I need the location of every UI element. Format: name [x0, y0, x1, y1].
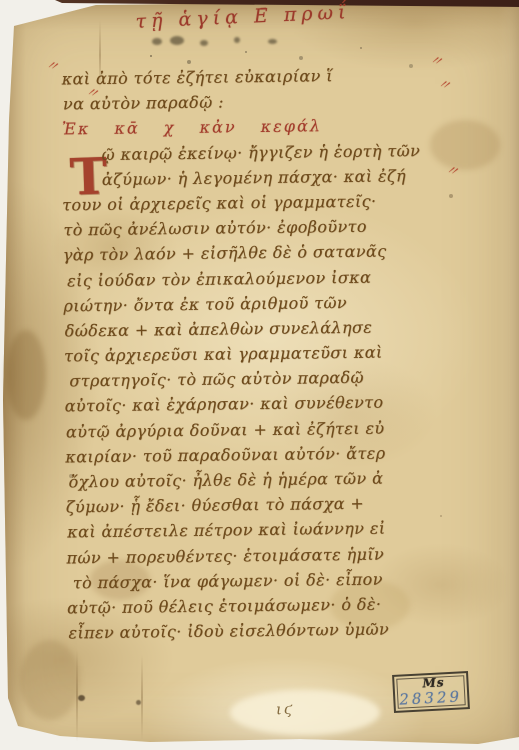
crease-line: [76, 650, 78, 742]
stain: [6, 330, 46, 420]
stamp-number: 28329: [399, 687, 468, 709]
stain: [20, 640, 80, 720]
ink-spot: [78, 695, 85, 701]
speckles: [150, 55, 152, 57]
ink-smudge: [148, 34, 298, 48]
text-line: εἶπεν αὐτοῖς· ἰδοὺ εἰσελθόντων ὑμῶν: [68, 616, 463, 646]
crease-line: [141, 655, 143, 740]
text-line: ἀζύμων· ἡ λεγομένη πάσχα· καὶ ἐζή: [102, 162, 458, 192]
text-block: καὶ ἀπὸ τότε ἐζήτει εὐκαιρίαν ἵ να αὐτὸν…: [60, 62, 463, 646]
library-stamp: Ms 28329: [392, 671, 470, 713]
folio-number: ιϛ: [276, 700, 295, 719]
manuscript-photo: τῇ ἁγίᾳ Ε̄ πρωΐ 〃 〃 〃 〃 〃 Τ καὶ ἀπὸ τότε…: [0, 0, 519, 750]
light-patch: [230, 690, 380, 735]
